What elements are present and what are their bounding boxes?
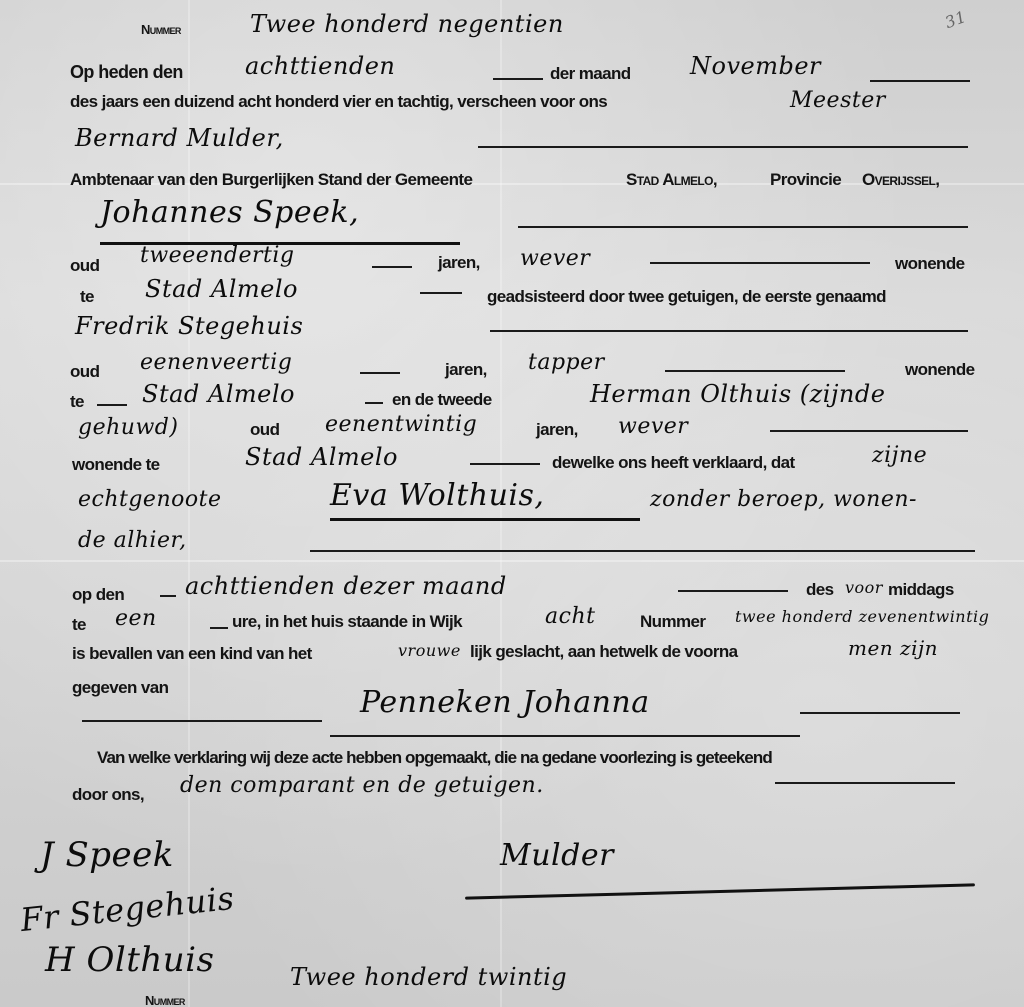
next-record-number-label: Nummer (145, 993, 185, 1007)
printed-province: Overijssel, (862, 170, 939, 190)
handwritten-house-number: twee honderd zevenentwintig (735, 607, 989, 626)
handwritten-day: achttienden (245, 52, 395, 80)
handwritten-father-residence: Stad Almelo (145, 275, 298, 303)
fill-line (800, 712, 960, 714)
fill-line (870, 80, 970, 82)
printed-text: wonende te (72, 455, 160, 475)
handwritten-witness2-age: eenentwintig (325, 412, 477, 437)
fill-line (372, 266, 412, 268)
fill-line (360, 372, 400, 374)
handwritten-father-occupation: wever (520, 246, 590, 271)
handwritten-father-name: Johannes Speek, (100, 195, 359, 230)
record-number-value: Twee honderd negentien (250, 10, 564, 38)
handwritten-month: November (690, 52, 821, 80)
printed-text: lijk geslacht, aan hetwelk de voorna (470, 642, 738, 662)
signature-father: J Speek (40, 835, 174, 875)
handwritten-child-sex: vrouwe (398, 641, 461, 660)
handwritten-official-name: Bernard Mulder, (75, 124, 284, 152)
document-page: 31 Nummer Twee honderd negentien Op hede… (0, 0, 1024, 1007)
printed-text: Van welke verklaring wij deze acte hebbe… (97, 748, 772, 768)
fill-line (650, 262, 870, 264)
handwritten-witness2-residence: Stad Almelo (245, 443, 398, 471)
printed-text: gegeven van (72, 678, 168, 698)
printed-text: Op heden den (70, 62, 183, 83)
handwritten-text: voor (845, 578, 883, 597)
printed-text: des jaars een duizend acht honderd vier … (70, 92, 607, 112)
printed-text: des (806, 580, 834, 600)
printed-text: Provincie (770, 170, 841, 190)
signature-witness2: H Olthuis (45, 940, 215, 980)
signature-official: Mulder (500, 838, 614, 873)
printed-text: oud (70, 256, 99, 276)
fill-line (490, 330, 968, 332)
printed-text: wonende (905, 360, 974, 380)
fill-line (97, 404, 127, 406)
handwritten-title: Meester (790, 88, 886, 113)
paper-crease (0, 560, 1024, 562)
handwritten-witness1-occupation: tapper (528, 350, 605, 375)
printed-text: Ambtenaar van den Burgerlijken Stand der… (70, 170, 472, 190)
fill-line (518, 226, 968, 228)
printed-text: is bevallen van een kind van het (72, 644, 312, 664)
printed-municipality: Stad Almelo, (626, 170, 717, 190)
printed-text: te (72, 615, 86, 635)
signature-flourish (465, 883, 975, 899)
handwritten-witness2-name: Herman Olthuis (zijnde (590, 380, 885, 408)
fill-line (775, 782, 955, 784)
handwritten-birth-hour: een (115, 606, 157, 631)
printed-text: jaren, (445, 360, 487, 380)
handwritten-text: echtgenoote (78, 487, 221, 512)
page-mark: 31 (942, 7, 969, 32)
handwritten-witness1-age: eenenveertig (140, 350, 292, 375)
printed-text: door ons, (72, 785, 144, 805)
record-number-label: Nummer (141, 22, 181, 37)
handwritten-text: men zijn (848, 636, 938, 660)
fill-line (493, 78, 543, 80)
handwritten-text: gehuwd) (78, 415, 178, 440)
printed-text: wonende (895, 254, 964, 274)
handwritten-text: den comparant en de getuigen. (180, 773, 544, 798)
handwritten-mother-occupation: zonder beroep, wonen- (650, 487, 917, 512)
fill-line (678, 590, 788, 592)
fill-line (310, 550, 975, 552)
fill-line (365, 402, 383, 404)
fill-line (478, 146, 968, 148)
handwritten-witness1-name: Fredrik Stegehuis (75, 312, 303, 340)
handwritten-father-age: tweeendertig (140, 243, 294, 268)
handwritten-birth-date: achttienden dezer maand (185, 572, 507, 600)
handwritten-mother-name: Eva Wolthuis, (330, 478, 544, 513)
fill-line (770, 430, 968, 432)
handwritten-witness2-occupation: wever (618, 414, 688, 439)
printed-text: jaren, (536, 420, 578, 440)
printed-text: der maand (550, 64, 631, 84)
fill-line (330, 735, 800, 737)
printed-text: oud (250, 420, 279, 440)
handwritten-wijk: acht (545, 604, 595, 629)
fill-line (82, 720, 322, 722)
signature-witness1: Fr Stegehuis (19, 879, 236, 939)
handwritten-text: zijne (872, 443, 927, 468)
printed-text: op den (72, 585, 124, 605)
fill-line (210, 627, 228, 629)
fill-line (470, 463, 540, 465)
printed-text: middags (888, 580, 954, 600)
printed-text: te (70, 392, 84, 412)
printed-text: ure, in het huis staande in Wijk (232, 612, 462, 632)
printed-text: te (80, 287, 94, 307)
printed-text: oud (70, 362, 99, 382)
handwritten-child-name: Penneken Johanna (360, 685, 650, 720)
fill-line (420, 292, 462, 294)
handwritten-witness1-residence: Stad Almelo (142, 380, 295, 408)
printed-text: en de tweede (392, 390, 492, 410)
printed-text: geadsisteerd door twee getuigen, de eers… (487, 287, 886, 307)
handwritten-text: de alhier, (78, 528, 187, 553)
printed-text: Nummer (640, 612, 705, 632)
name-underline (330, 518, 640, 521)
printed-text: dewelke ons heeft verklaard, dat (552, 453, 795, 473)
next-record-number-value: Twee honderd twintig (290, 963, 567, 991)
fill-line (665, 370, 845, 372)
fill-line (160, 595, 176, 597)
printed-text: jaren, (438, 253, 480, 273)
